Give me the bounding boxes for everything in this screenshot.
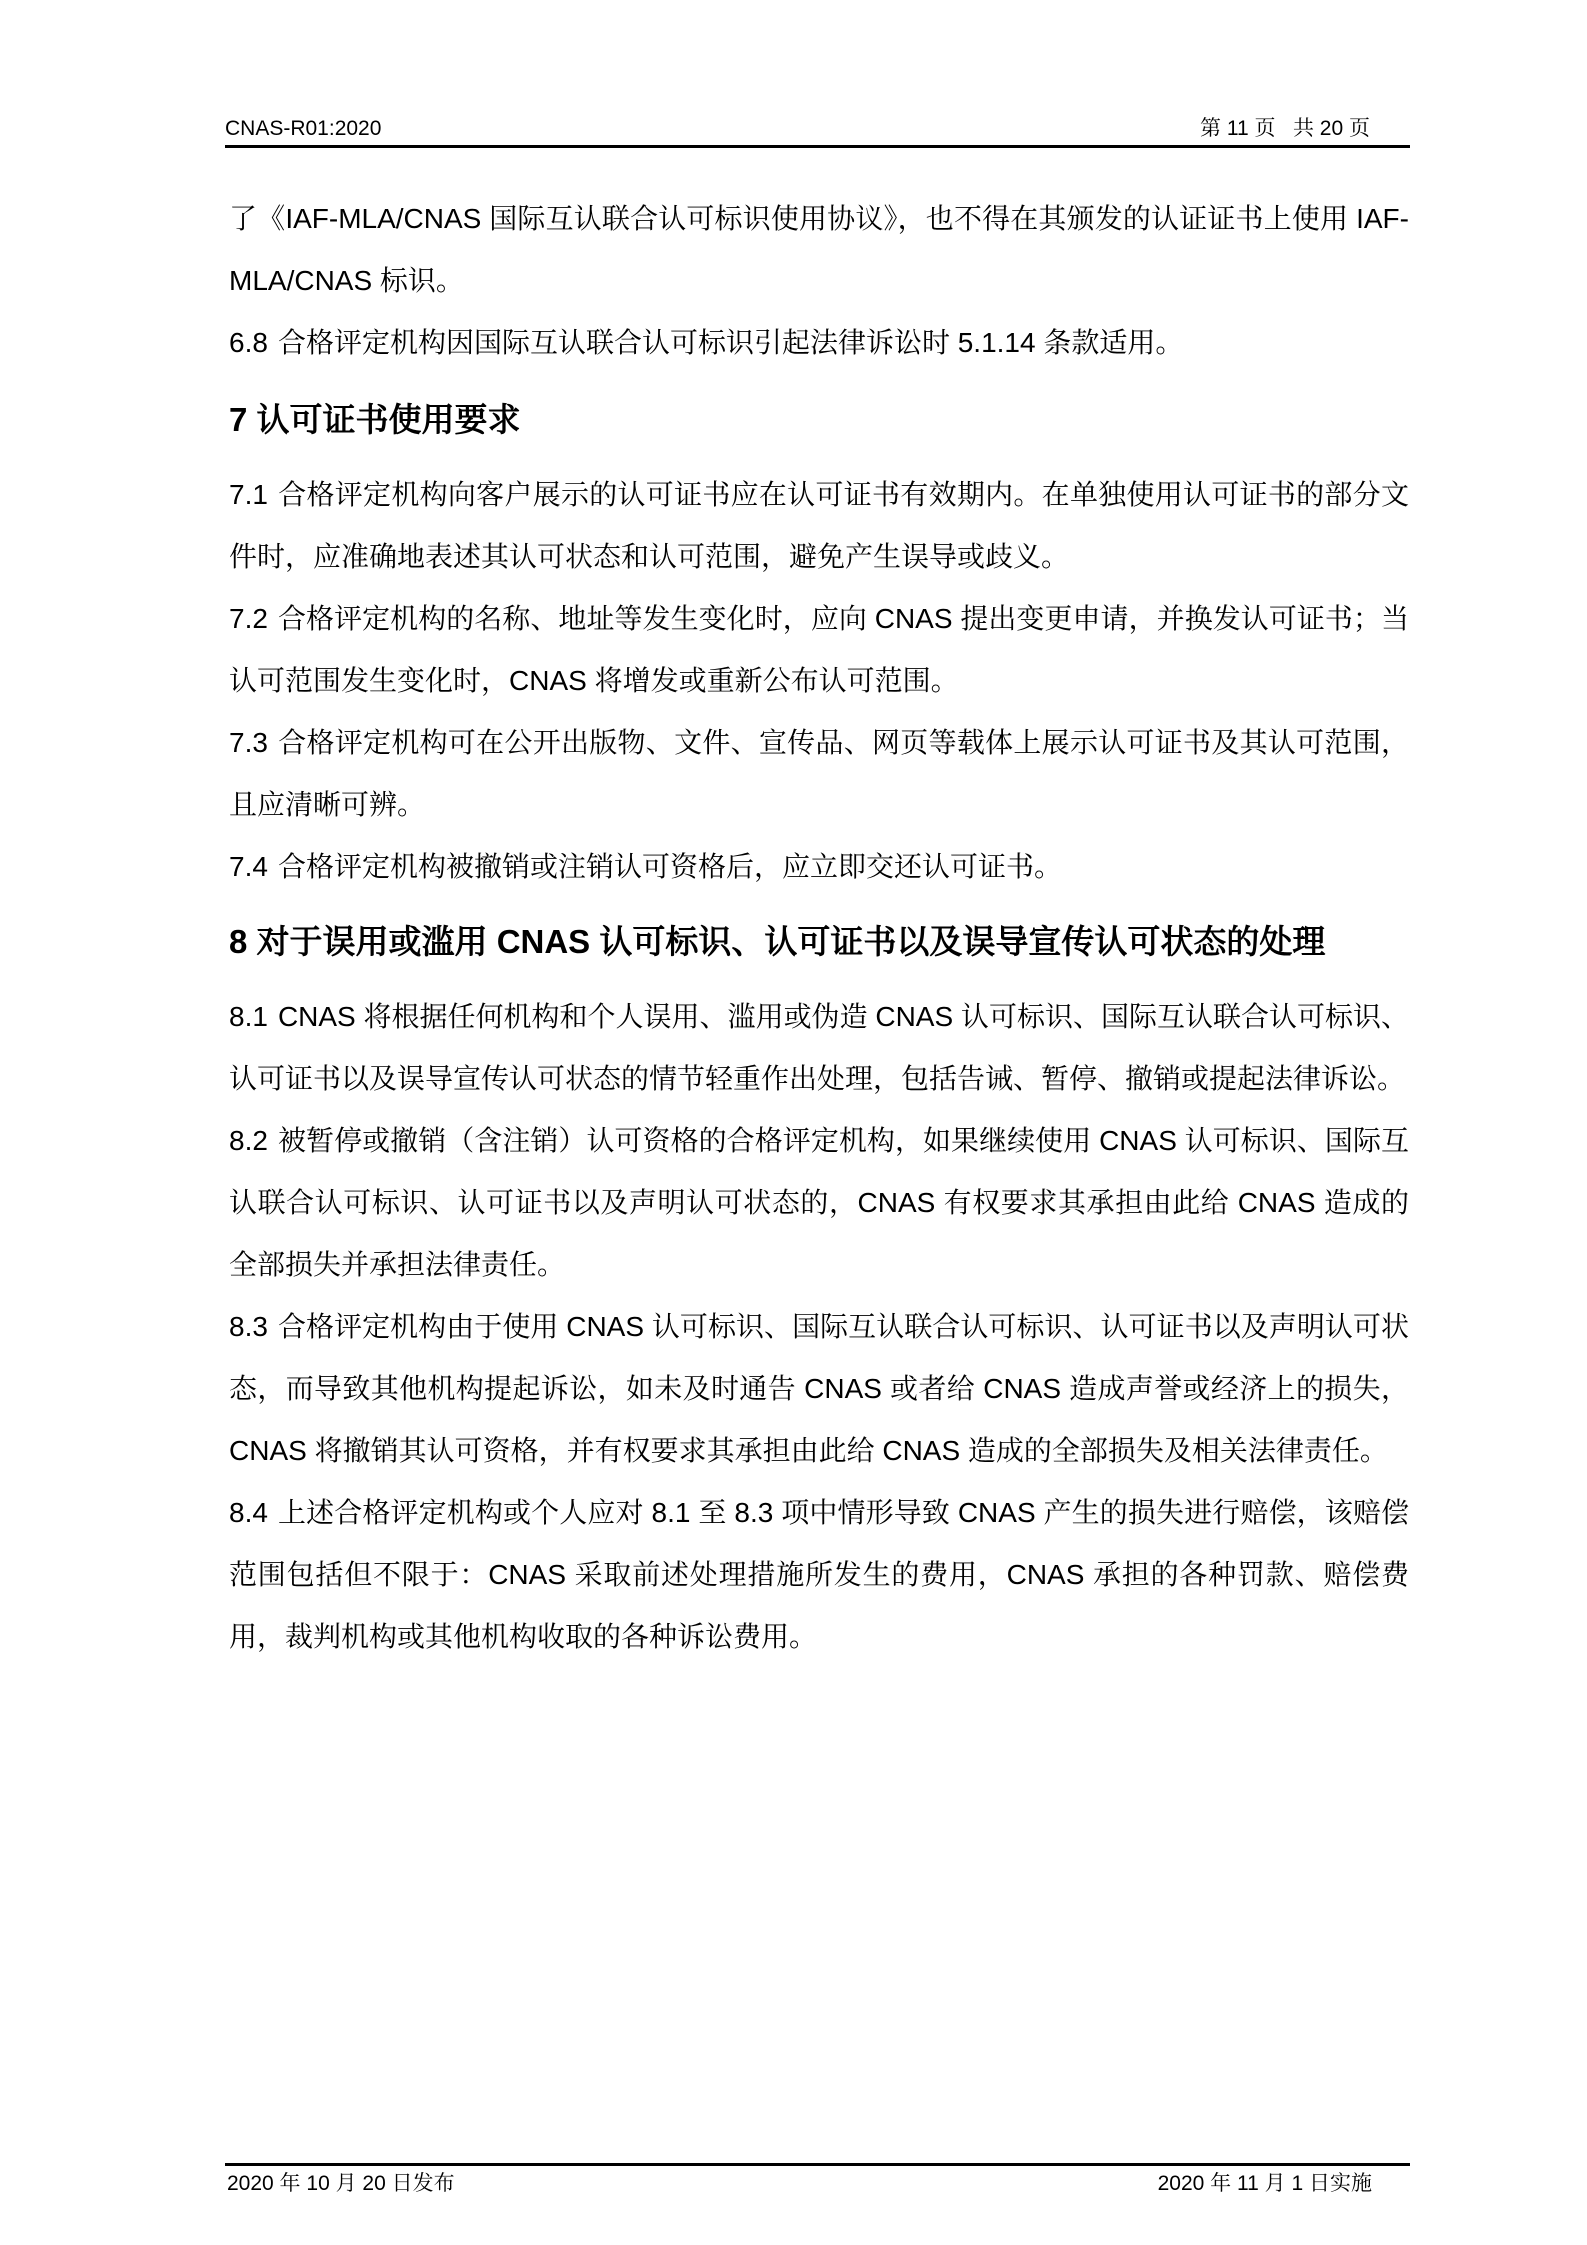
clause-7-3: 7.3合格评定机构可在公开出版物、文件、宣传品、网页等载体上展示认可证书及其认可… [229,712,1409,836]
clause-8-4: 8.4上述合格评定机构或个人应对 8.1 至 8.3 项中情形导致 CNAS 产… [229,1482,1409,1668]
clause-7-4: 7.4合格评定机构被撤销或注销认可资格后，应立即交还认可证书。 [229,836,1409,898]
continuation-paragraph: 了《IAF-MLA/CNAS 国际互认联合认可标识使用协议》，也不得在其颁发的认… [229,188,1409,312]
section-8-title: 8 对于误用或滥用 CNAS 认可标识、认可证书以及误导宣传认可状态的处理 [229,906,1409,978]
clause-text: 合格评定机构向客户展示的认可证书应在认可证书有效期内。在单独使用认可证书的部分文… [229,479,1409,572]
clause-text: 合格评定机构被撤销或注销认可资格后，应立即交还认可证书。 [278,851,1062,882]
clause-number: 7.3 [229,727,268,758]
clause-7-2: 7.2合格评定机构的名称、地址等发生变化时，应向 CNAS 提出变更申请，并换发… [229,588,1409,712]
clause-number: 7.2 [229,603,268,634]
page-header: CNAS-R01:2020 第 11 页 共 20 页 [225,113,1410,145]
clause-text: 合格评定机构的名称、地址等发生变化时，应向 CNAS 提出变更申请，并换发认可证… [229,603,1409,696]
section-7-title: 7 认可证书使用要求 [229,384,1409,456]
effective-date: 2020 年 11 月 1 日实施 [1158,2170,1372,2198]
page-indicator: 第 11 页 共 20 页 [1200,117,1370,141]
clause-6-8: 6.8合格评定机构因国际互认联合认可标识引起法律诉讼时 5.1.14 条款适用。 [229,312,1409,374]
page-footer: 2020 年 10 月 20 日发布 2020 年 11 月 1 日实施 [225,2170,1410,2202]
clause-text: 被暂停或撤销（含注销）认可资格的合格评定机构，如果继续使用 CNAS 认可标识、… [229,1125,1409,1280]
clause-8-1: 8.1CNAS 将根据任何机构和个人误用、滥用或伪造 CNAS 认可标识、国际互… [229,986,1409,1110]
clause-number: 8.1 [229,1001,268,1032]
clause-text: CNAS 将根据任何机构和个人误用、滥用或伪造 CNAS 认可标识、国际互认联合… [229,1001,1409,1094]
clause-number: 7.1 [229,479,268,510]
clause-number: 6.8 [229,327,268,358]
footer-divider [225,2163,1410,2166]
clause-number: 8.3 [229,1311,268,1342]
clause-number: 8.2 [229,1125,268,1156]
clause-number: 7.4 [229,851,268,882]
clause-text: 合格评定机构由于使用 CNAS 认可标识、国际互认联合认可标识、认可证书以及声明… [229,1311,1409,1466]
clause-number: 8.4 [229,1497,268,1528]
clause-text: 上述合格评定机构或个人应对 8.1 至 8.3 项中情形导致 CNAS 产生的损… [229,1497,1409,1652]
clause-8-3: 8.3合格评定机构由于使用 CNAS 认可标识、国际互认联合认可标识、认可证书以… [229,1296,1409,1482]
document-page: CNAS-R01:2020 第 11 页 共 20 页 了《IAF-MLA/CN… [0,0,1587,2245]
clause-text: 合格评定机构可在公开出版物、文件、宣传品、网页等载体上展示认可证书及其认可范围，… [229,727,1409,820]
clause-text: 合格评定机构因国际互认联合认可标识引起法律诉讼时 5.1.14 条款适用。 [278,327,1183,358]
header-divider [225,145,1410,148]
clause-7-1: 7.1合格评定机构向客户展示的认可证书应在认可证书有效期内。在单独使用认可证书的… [229,464,1409,588]
document-id: CNAS-R01:2020 [225,117,381,141]
issue-date: 2020 年 10 月 20 日发布 [227,2170,455,2198]
clause-8-2: 8.2被暂停或撤销（含注销）认可资格的合格评定机构，如果继续使用 CNAS 认可… [229,1110,1409,1296]
page-content: 了《IAF-MLA/CNAS 国际互认联合认可标识使用协议》，也不得在其颁发的认… [229,188,1409,1668]
